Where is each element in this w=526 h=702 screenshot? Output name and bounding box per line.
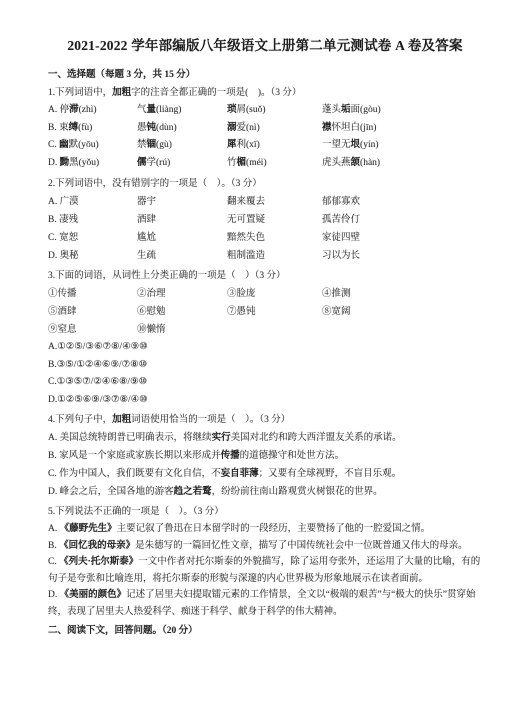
- word-cell: 愚钝(dùn): [137, 120, 227, 138]
- question-5-stem: 5.下列说法不正确的一项是（ ）。（3 分）: [48, 503, 482, 521]
- word-cell: 粗制滥造: [227, 247, 322, 265]
- question-4-options: A. 美国总统特朗普已明确表示，将继续实行美国对北约和跨大西洋盟友关系的承诺。 …: [48, 429, 482, 501]
- word-cell: ⑥慰勉: [137, 303, 227, 321]
- word-cell: 家徒四壁: [322, 229, 482, 247]
- word-cell: 器宇: [137, 193, 227, 211]
- question-5: 5.下列说法不正确的一项是（ ）。（3 分） A. 《藤野先生》主要记叙了鲁迅在…: [48, 503, 482, 620]
- word-cell: A. 停滞(zhì): [48, 102, 137, 120]
- word-cell: A. 广漠: [48, 193, 137, 211]
- question-2-stem: 2.下列词语中，没有错别字的一项是（ ）。（3 分）: [48, 175, 482, 193]
- word-cell: [322, 321, 482, 339]
- word-cell: ③脸庞: [227, 285, 322, 303]
- section-one-heading: 一、选择题（每题 3 分，共 15 分）: [48, 66, 482, 84]
- word-cell: 儒学(rú): [137, 155, 227, 173]
- word-cell: 气量(liàng): [137, 102, 227, 120]
- word-cell: 无可置疑: [227, 211, 322, 229]
- word-cell: ⑤酒肆: [48, 303, 137, 321]
- word-cell: 一望无垠(yín): [322, 137, 482, 155]
- word-cell: B. 束缚(fù): [48, 120, 137, 138]
- question-3-option: D.①②⑤⑥⑨/③⑦⑧/④⑩: [48, 392, 482, 410]
- question-4-option: D. 峰会之后，全国各地的游客趋之若鹜，纷纷前往南山路观赏火树银花的世界。: [48, 483, 482, 501]
- question-4-stem: 4.下列句子中，加粗词语使用恰当的一项是（ ）。（3 分）: [48, 411, 482, 429]
- question-3-option: C.①③⑤⑦/②④⑥⑧/⑨⑩: [48, 374, 482, 392]
- question-3-option: B.③⑤/①②④⑥⑨/⑦⑧⑩: [48, 357, 482, 375]
- word-cell: 犀利(xī): [227, 137, 322, 155]
- section-two-heading: 二、阅读下文，回答问题。（20 分）: [48, 622, 482, 640]
- page-title: 2021-2022 学年部编版八年级语文上册第二单元测试卷 A 卷及答案: [48, 36, 482, 56]
- word-cell: 生疏: [137, 247, 227, 265]
- word-cell: D. 奥秘: [48, 247, 137, 265]
- word-cell: 黯然失色: [227, 229, 322, 247]
- question-2: 2.下列词语中，没有错别字的一项是（ ）。（3 分） A. 广漠 器宇 翻来覆去…: [48, 175, 482, 265]
- question-5-option: A. 《藤野先生》主要记叙了鲁迅在日本留学时的一段经历，主要赞扬了他的一腔爱国之…: [48, 521, 482, 538]
- word-cell: ①传播: [48, 285, 137, 303]
- word-cell: 琐屑(suǒ): [227, 102, 322, 120]
- word-cell: 竹楣(méi): [227, 155, 322, 173]
- word-cell: C. 宽恕: [48, 229, 137, 247]
- word-cell: ⑨窒息: [48, 321, 137, 339]
- question-3-stem: 3.下面的词语，从词性上分类正确的一项是（ ）（3 分）: [48, 267, 482, 285]
- word-cell: ④推测: [322, 285, 482, 303]
- word-cell: 溺爱(nì): [227, 120, 322, 138]
- question-1-stem: 1.下列词语中，加粗字的注音全都正确的一项是( )。（3 分）: [48, 84, 482, 102]
- word-cell: ⑩懒惰: [137, 321, 227, 339]
- question-4-option: C. 作为中国人，我们既要有文化自信，不妄自菲薄；又要有全球视野，不盲目乐观。: [48, 465, 482, 483]
- question-5-option: D. 《美丽的颜色》记述了居里夫妇提取镭元素的工作情景，全文以“极端的艰苦”与“…: [48, 587, 482, 620]
- word-cell: ⑧宽阔: [322, 303, 482, 321]
- question-1-word-table: A. 停滞(zhì) 气量(liàng) 琐屑(suǒ) 蓬头垢面(gòu) B…: [48, 102, 482, 172]
- question-3-options: A.①②⑤/③⑥⑦⑧/④⑨⑩ B.③⑤/①②④⑥⑨/⑦⑧⑩ C.①③⑤⑦/②④⑥…: [48, 339, 482, 409]
- word-cell: D. 黝黑(yǒu): [48, 155, 137, 173]
- question-4-option: B. 家风是一个家庭或家族长期以来形成并传播的道德操守和处世方法。: [48, 447, 482, 465]
- document-content: 2021-2022 学年部编版八年级语文上册第二单元测试卷 A 卷及答案 一、选…: [0, 0, 526, 640]
- question-4-option: A. 美国总统特朗普已明确表示，将继续实行美国对北约和跨大西洋盟友关系的承诺。: [48, 429, 482, 447]
- question-3: 3.下面的词语，从词性上分类正确的一项是（ ）（3 分） ①传播 ②治理 ③脸庞…: [48, 267, 482, 409]
- question-5-options: A. 《藤野先生》主要记叙了鲁迅在日本留学时的一段经历，主要赞扬了他的一腔爱国之…: [48, 521, 482, 620]
- word-cell: ②治理: [137, 285, 227, 303]
- word-cell: 尴尬: [137, 229, 227, 247]
- test-paper-page: 2021-2022 学年部编版八年级语文上册第二单元测试卷 A 卷及答案 一、选…: [0, 0, 526, 702]
- word-cell: 翻来覆去: [227, 193, 322, 211]
- word-cell: 孤苦伶仃: [322, 211, 482, 229]
- word-cell: 蓬头垢面(gòu): [322, 102, 482, 120]
- question-4: 4.下列句子中，加粗词语使用恰当的一项是（ ）。（3 分） A. 美国总统特朗普…: [48, 411, 482, 501]
- question-1: 1.下列词语中，加粗字的注音全都正确的一项是( )。（3 分） A. 停滞(zh…: [48, 84, 482, 172]
- question-3-option: A.①②⑤/③⑥⑦⑧/④⑨⑩: [48, 339, 482, 357]
- question-5-option: B. 《回忆我的母亲》是朱德写的一篇回忆性文章，描写了中国传统社会中一位既普通又…: [48, 538, 482, 555]
- word-cell: ⑦愚钝: [227, 303, 322, 321]
- word-cell: 禁锢(gù): [137, 137, 227, 155]
- question-2-word-table: A. 广漠 器宇 翻来覆去 郁郁寡欢 B. 凄残 酒肆 无可置疑 孤苦伶仃 C.…: [48, 193, 482, 265]
- word-cell: 襟怀坦白(jīn): [322, 120, 482, 138]
- word-cell: 酒肆: [137, 211, 227, 229]
- word-cell: 习以为长: [322, 247, 482, 265]
- word-cell: [227, 321, 322, 339]
- question-3-word-table: ①传播 ②治理 ③脸庞 ④推测 ⑤酒肆 ⑥慰勉 ⑦愚钝 ⑧宽阔 ⑨窒息 ⑩懒惰: [48, 285, 482, 339]
- question-5-option: C. 《列夫·托尔斯泰》一文中作者对托尔斯泰的外貌描写，除了运用夸张外，还运用了…: [48, 554, 482, 587]
- word-cell: 虎头燕颔(hàn): [322, 155, 482, 173]
- word-cell: 郁郁寡欢: [322, 193, 482, 211]
- word-cell: B. 凄残: [48, 211, 137, 229]
- word-cell: C. 幽默(yōu): [48, 137, 137, 155]
